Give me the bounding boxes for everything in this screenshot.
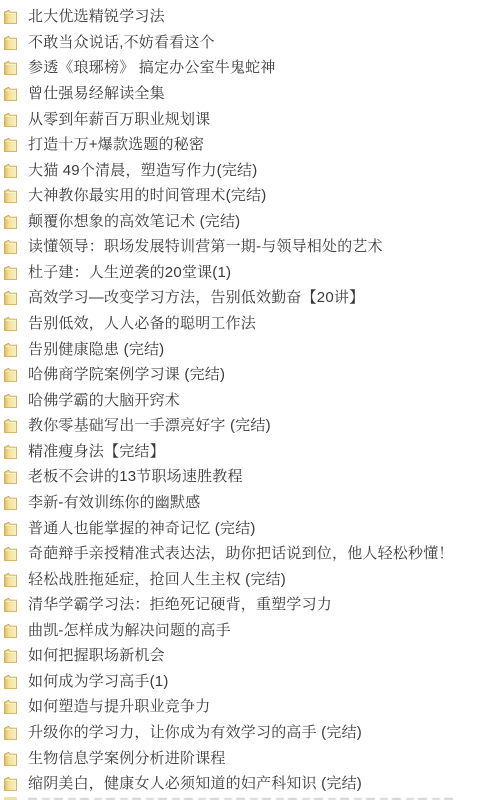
folder-label: 如何把握职场新机会	[28, 648, 165, 663]
folder-icon	[4, 35, 17, 50]
folder-label: 打造十万+爆款选题的秘密	[28, 137, 204, 152]
folder-icon	[4, 674, 17, 689]
folder-icon	[4, 469, 17, 484]
folder-row[interactable]: 缩阴美白，健康女人必须知道的妇产科知识 (完结)	[0, 771, 488, 797]
folder-label: 普通人也能掌握的神奇记忆 (完结)	[28, 521, 256, 536]
folder-icon	[4, 367, 17, 382]
folder-label: 生物信息学案例分析进阶课程	[28, 751, 226, 766]
folder-row[interactable]: 普通人也能掌握的神奇记忆 (完结)	[0, 515, 488, 541]
folder-icon	[4, 265, 17, 280]
folder-row[interactable]: 读懂领导：职场发展特训营第一期-与领导相处的艺术	[0, 234, 488, 260]
folder-row[interactable]: 李新-有效训练你的幽默感	[0, 490, 488, 516]
folder-row[interactable]: 打造十万+爆款选题的秘密	[0, 132, 488, 158]
folder-label: 曲凯-怎样成为解决问题的高手	[28, 623, 231, 638]
folder-row[interactable]: 清华学霸学习法：拒绝死记硬背，重塑学习力	[0, 592, 488, 618]
folder-row[interactable]: 杜子建：人生逆袭的20堂课(1)	[0, 260, 488, 286]
folder-icon	[4, 521, 17, 536]
folder-row[interactable]: 告别健康隐患 (完结)	[0, 336, 488, 362]
folder-icon	[4, 776, 17, 791]
folder-label: 不敢当众说话,不妨看看这个	[28, 35, 215, 50]
folder-row[interactable]: 老板不会讲的13节职场速胜教程	[0, 464, 488, 490]
folder-icon	[4, 112, 17, 127]
folder-label: 教你零基础写出一手漂亮好字 (完结)	[28, 418, 271, 433]
folder-icon	[4, 597, 17, 612]
folder-icon	[4, 60, 17, 75]
folder-icon	[4, 648, 17, 663]
folder-label: 哈佛学霸的大脑开窍术	[28, 393, 180, 408]
folder-label: 升级你的学习力，让你成为有效学习的高手 (完结)	[28, 725, 362, 740]
folder-icon	[4, 393, 17, 408]
folder-row[interactable]: 轻松战胜拖延症，抢回人生主权 (完结)	[0, 566, 488, 592]
folder-label: 哈佛商学院案例学习课 (完结)	[28, 367, 225, 382]
folder-row[interactable]: 参透《琅琊榜》 搞定办公室牛鬼蛇神	[0, 55, 488, 81]
folder-row[interactable]: 北大优选精锐学习法	[0, 4, 488, 30]
folder-icon	[4, 546, 17, 561]
folder-label: 告别低效，人人必备的聪明工作法	[28, 316, 256, 331]
folder-row[interactable]: 升级你的学习力，让你成为有效学习的高手 (完结)	[0, 720, 488, 746]
folder-row[interactable]: 高效学习—改变学习方法，告别低效勤奋【20讲】	[0, 285, 488, 311]
folder-row[interactable]: 生物信息学案例分析进阶课程	[0, 745, 488, 771]
folder-icon	[4, 444, 17, 459]
folder-icon	[4, 495, 17, 510]
folder-label: 缩阴美白，健康女人必须知道的妇产科知识 (完结)	[28, 776, 362, 791]
folder-label: 高效学习—改变学习方法，告别低效勤奋【20讲】	[28, 290, 364, 305]
folder-label: 精准瘦身法【完结】	[28, 444, 165, 459]
folder-icon	[4, 751, 17, 766]
folder-label: 颠覆你想象的高效笔记术 (完结)	[28, 214, 240, 229]
folder-label: 李新-有效训练你的幽默感	[28, 495, 200, 510]
folder-row[interactable]: 教你零基础写出一手漂亮好字 (完结)	[0, 413, 488, 439]
folder-icon	[4, 316, 17, 331]
folder-row[interactable]: 从零到年薪百万职业规划课	[0, 106, 488, 132]
folder-label: 如何成为学习高手(1)	[28, 674, 169, 689]
folder-icon	[4, 188, 17, 203]
folder-row[interactable]: 如何成为学习高手(1)	[0, 669, 488, 695]
folder-label: 轻松战胜拖延症，抢回人生主权 (完结)	[28, 572, 286, 587]
folder-row[interactable]: 不敢当众说话,不妨看看这个	[0, 30, 488, 56]
folder-icon	[4, 572, 17, 587]
folder-icon	[4, 9, 17, 24]
folder-label: 老板不会讲的13节职场速胜教程	[28, 469, 243, 484]
folder-icon	[4, 725, 17, 740]
folder-label: 从零到年薪百万职业规划课	[28, 112, 210, 127]
folder-icon	[4, 163, 17, 178]
folder-row[interactable]: 告别低效，人人必备的聪明工作法	[0, 311, 488, 337]
folder-label: 杜子建：人生逆袭的20堂课(1)	[28, 265, 231, 280]
folder-label: 如何塑造与提升职业竞争力	[28, 699, 210, 714]
folder-row[interactable]: 曾仕强易经解读全集	[0, 81, 488, 107]
folder-label: 清华学霸学习法：拒绝死记硬背，重塑学习力	[28, 597, 332, 612]
folder-label: 参透《琅琊榜》 搞定办公室牛鬼蛇神	[28, 60, 276, 75]
folder-row[interactable]: 大猫 49个清晨，塑造写作力(完结)	[0, 157, 488, 183]
folder-label: 告别健康隐患 (完结)	[28, 342, 164, 357]
folder-icon	[4, 137, 17, 152]
folder-icon	[4, 214, 17, 229]
folder-label: 曾仕强易经解读全集	[28, 86, 165, 101]
folder-row[interactable]: 大神教你最实用的时间管理术(完结)	[0, 183, 488, 209]
folder-row[interactable]: 如何塑造与提升职业竞争力	[0, 694, 488, 720]
folder-label: 大神教你最实用的时间管理术(完结)	[28, 188, 266, 203]
folder-label: 北大优选精锐学习法	[28, 9, 165, 24]
folder-icon	[4, 699, 17, 714]
folder-row[interactable]: 精准瘦身法【完结】	[0, 439, 488, 465]
folder-row[interactable]: 曲凯-怎样成为解决问题的高手	[0, 618, 488, 644]
folder-row[interactable]: 哈佛学霸的大脑开窍术	[0, 387, 488, 413]
folder-label: 奇葩辩手亲授精准式表达法，助你把话说到位，他人轻松秒懂！	[28, 546, 454, 561]
folder-row[interactable]: 奇葩辩手亲授精准式表达法，助你把话说到位，他人轻松秒懂！	[0, 541, 488, 567]
folder-row[interactable]: 如何把握职场新机会	[0, 643, 488, 669]
folder-row[interactable]: 哈佛商学院案例学习课 (完结)	[0, 362, 488, 388]
folder-icon	[4, 418, 17, 433]
folder-icon	[4, 290, 17, 305]
folder-icon	[4, 342, 17, 357]
folder-icon	[4, 623, 17, 638]
folder-row[interactable]: 颠覆你想象的高效笔记术 (完结)	[0, 209, 488, 235]
folder-label: 读懂领导：职场发展特训营第一期-与领导相处的艺术	[28, 239, 383, 254]
folder-list: 北大优选精锐学习法 不敢当众说话,不妨看看这个	[0, 4, 488, 796]
folder-icon	[4, 86, 17, 101]
folder-label: 大猫 49个清晨，塑造写作力(完结)	[28, 163, 257, 178]
folder-icon	[4, 239, 17, 254]
